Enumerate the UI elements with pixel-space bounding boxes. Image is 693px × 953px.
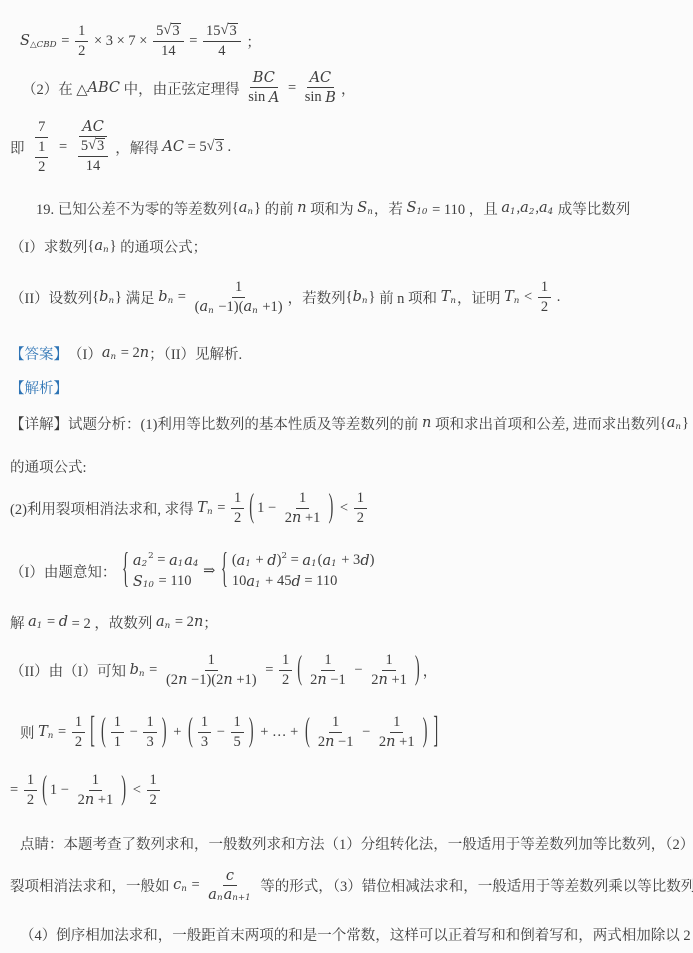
fraction: 12 xyxy=(279,652,292,689)
math-variable: c xyxy=(173,877,181,893)
math-subscript: 4 xyxy=(193,559,199,569)
text-run: + xyxy=(170,724,185,741)
fraction-numerator: 1 xyxy=(198,714,211,733)
text-run: } xyxy=(368,289,375,306)
left-paren-icon: ( xyxy=(101,712,106,751)
fraction-numerator: 1 xyxy=(232,279,245,298)
text-run: = 110 ，且 xyxy=(428,198,501,219)
fraction-numerator: AC xyxy=(307,70,335,88)
text-run: − xyxy=(358,724,373,741)
text-run: 19. 已知公差不为零的等差数列 xyxy=(36,198,232,219)
fraction-numerator: 5√3 xyxy=(153,23,183,42)
text-run: （II）由（I）可知 xyxy=(10,660,130,681)
right-paren-icon: ) xyxy=(121,770,126,809)
text-run: 5 xyxy=(234,734,241,751)
text-run: = xyxy=(186,33,201,50)
text-run: − xyxy=(213,724,228,741)
math-solution-document: S△CBD = 12 × 3 × 7 × 5√314 = 15√34 ；（2）在… xyxy=(0,0,693,953)
fraction-denominator: 5√314 xyxy=(73,137,113,175)
fraction-numerator: 1 xyxy=(231,490,244,509)
text-run: 解 xyxy=(10,612,28,633)
text-run: 1 xyxy=(114,734,121,751)
key-point-2: 裂项相消法求和，一般如 cn = canan+1 等的形式，（3）错位相减法求和… xyxy=(6,862,687,908)
fraction: 12n +1 xyxy=(376,714,418,751)
fraction-denominator: 2n −1 xyxy=(315,733,357,751)
fraction-denominator: 2 xyxy=(72,733,85,751)
math-subscript: n xyxy=(362,296,368,306)
text-run: 2 xyxy=(78,43,85,60)
math-variable: b xyxy=(130,662,139,678)
text-run: +1 xyxy=(396,734,415,751)
fraction-denominator: 2n +1 xyxy=(75,791,117,809)
math-variable: ABC xyxy=(88,80,121,96)
fraction-denominator: 14 xyxy=(158,42,179,60)
fraction: 12n +1 xyxy=(368,652,410,689)
fraction-denominator: 2n +1 xyxy=(368,671,410,689)
math-variable: n xyxy=(178,672,187,688)
radical-sign-icon: √ xyxy=(221,23,229,38)
fraction: 12 xyxy=(354,490,367,527)
math-variable: a xyxy=(133,553,142,569)
math-variable: S xyxy=(357,200,367,216)
math-variable: n xyxy=(223,672,232,688)
fraction: 12n +1 xyxy=(75,772,117,809)
text-run: ； xyxy=(243,31,261,52)
question-19-part1: （I）求数列{an} 的通项公式； xyxy=(6,234,687,258)
math-variable: c xyxy=(226,868,234,884)
math-subscript: n xyxy=(108,296,114,306)
right-paren-icon: ) xyxy=(249,712,254,751)
text-run: （I）由题意知： xyxy=(10,561,120,582)
text-run: 7 xyxy=(38,119,45,136)
right-paren-icon: ) xyxy=(162,712,167,751)
radical: √3 xyxy=(163,23,180,39)
math-subscript: 1 xyxy=(37,621,43,631)
text-run: （4）倒序相加法求和，一般距首末两项的和是一个常数，这样可以正着写和和倒着写和，… xyxy=(20,924,691,945)
text-run: ； xyxy=(203,612,218,633)
cases-rows: (a1 + d)2 = a1(a1 + 3d)10a1 + 45d = 110 xyxy=(232,552,375,590)
math-subscript: n xyxy=(514,296,520,306)
math-variable: d xyxy=(59,614,68,630)
math-variable: n xyxy=(386,734,395,750)
math-variable: a xyxy=(184,553,193,569)
text-run: 3 xyxy=(201,734,208,751)
fraction-denominator: 2 xyxy=(24,791,37,809)
math-variable: b xyxy=(353,289,362,305)
text-run: 裂项相消法求和，一般如 xyxy=(10,875,173,896)
text-run: = xyxy=(54,724,69,741)
fraction-denominator: 2n +1 xyxy=(376,733,418,751)
math-subscript: 10 xyxy=(416,207,427,217)
radical: √3 xyxy=(221,23,238,39)
math-subscript: 1 xyxy=(178,559,184,569)
text-run: 1 − xyxy=(50,782,73,799)
fraction-denominator: 2 xyxy=(147,791,160,809)
text-run: 14 xyxy=(161,43,176,60)
fraction: 13 xyxy=(198,714,211,751)
text-run: ， xyxy=(423,660,438,681)
text-run: 10 xyxy=(232,573,247,590)
text-run: } xyxy=(254,200,261,217)
fraction-numerator: 1 xyxy=(296,490,309,509)
math-variable: n xyxy=(297,200,306,216)
text-run: 2 xyxy=(357,510,364,527)
math-variable: a xyxy=(322,553,331,569)
text-run: 1 xyxy=(541,279,548,296)
text-run: −1)(2 xyxy=(187,672,223,689)
text-run: 1 − xyxy=(257,500,280,517)
math-variable: n xyxy=(85,792,94,808)
text-run: 1 xyxy=(282,652,289,669)
text-run: 1 xyxy=(385,652,392,669)
right-bracket-icon: ] xyxy=(433,710,438,753)
left-paren-icon: ( xyxy=(249,488,254,527)
equation-system: {a22 = a1a4S10 = 110 xyxy=(120,552,200,590)
fraction-numerator: 1 xyxy=(231,714,244,733)
text-run: −1 xyxy=(327,672,346,689)
fraction: 15√34 xyxy=(203,23,241,60)
text-run: 4 xyxy=(218,43,225,60)
math-variable: AC xyxy=(162,139,184,155)
math-variable: a xyxy=(156,614,165,630)
math-variable: a xyxy=(94,238,103,254)
text-run: 点睛：本题考查了数列求和，一般数列求和方法（1）分组转化法，一般适用于等差数列加… xyxy=(20,833,693,854)
math-subscript: n xyxy=(675,422,681,432)
text-run: 2 xyxy=(38,159,45,176)
math-subscript: n xyxy=(367,207,373,217)
math-variable: n xyxy=(292,510,301,526)
text-run: 1 xyxy=(114,714,121,731)
math-variable: a xyxy=(243,299,252,315)
solution-part1-system: （I）由题意知： {a22 = a1a4S10 = 110 ⇒ {(a1 + d… xyxy=(6,543,687,599)
detail-analysis-3: (2)利用裂项相消法求和, 求得 Tn = 12(1 − 12n +1) < 1… xyxy=(6,485,687,531)
text-run: 成等比数列 xyxy=(554,198,630,219)
text-run: 1 xyxy=(234,490,241,507)
text-run: 1 xyxy=(393,714,400,731)
math-subscript: n+1 xyxy=(232,893,250,903)
text-run: 等的形式，（3）错位相减法求和，一般适用于等差数列乘以等比数列， xyxy=(257,875,693,896)
math-variable: b xyxy=(99,289,108,305)
analysis-label: 【解析】 xyxy=(6,376,687,398)
fraction-denominator: sin B xyxy=(302,88,339,106)
math-subscript: n xyxy=(48,731,54,741)
math-variable: a xyxy=(239,200,248,216)
solution-part1-result: 解 a1 = d = 2 ，故数列 an = 2n； xyxy=(6,611,687,633)
fraction: 12 xyxy=(72,714,85,751)
cases-row: 10a1 + 45d = 110 xyxy=(232,573,338,590)
math-variable: a xyxy=(208,887,217,903)
math-subscript: n xyxy=(111,352,117,362)
fraction-numerator: 1 xyxy=(538,279,551,298)
text-run: 的通项公式: xyxy=(10,456,87,477)
math-subscript: n xyxy=(139,669,145,679)
left-paren-icon: ( xyxy=(297,650,302,689)
text-run: 的前 xyxy=(261,198,297,219)
text-run: = 110 xyxy=(301,573,338,590)
math-subscript: n xyxy=(247,207,253,217)
text-run: = xyxy=(287,552,302,569)
math-variable: a xyxy=(237,553,246,569)
fraction-denominator: 4 xyxy=(215,42,228,60)
math-subscript: 10 xyxy=(143,580,154,590)
math-variable: a xyxy=(246,574,255,590)
math-superscript: 2 xyxy=(148,551,154,561)
math-variable: AC xyxy=(310,70,332,86)
math-variable: T xyxy=(441,289,451,305)
math-variable: n xyxy=(140,345,149,361)
text-run: + 45 xyxy=(262,573,292,590)
text-run: 2 xyxy=(27,792,34,809)
question-19-stem: 19. 已知公差不为零的等差数列{an} 的前 n 项和为 Sn，若 S10 =… xyxy=(6,196,687,220)
text-run: 满足 xyxy=(122,287,158,308)
text-run: { xyxy=(660,415,667,432)
fraction-numerator: 1 xyxy=(89,772,102,791)
fraction-numerator: 1 xyxy=(35,139,48,158)
fraction: 15 xyxy=(231,714,244,751)
text-run: − xyxy=(351,662,366,679)
text-run: 2 xyxy=(285,510,292,527)
text-run: = xyxy=(214,500,229,517)
math-variable: T xyxy=(504,289,514,305)
text-run: 2 xyxy=(75,734,82,751)
text-run: × 3 × 7 × xyxy=(90,33,151,50)
text-run: { xyxy=(232,200,239,217)
fraction: BCsin A xyxy=(245,70,282,106)
text-run: = xyxy=(174,289,189,306)
math-variable: a xyxy=(169,553,178,569)
left-paren-icon: ( xyxy=(305,712,310,751)
fraction-numerator: AC xyxy=(79,119,107,137)
math-variable: T xyxy=(38,724,48,740)
radical-sign-icon: √ xyxy=(207,139,215,154)
fraction-denominator: 2n −1 xyxy=(307,671,349,689)
math-subscript: 1 xyxy=(510,207,516,217)
solution-part2-tn-result: = 12(1 − 12n +1) < 12 xyxy=(6,767,687,813)
fraction-numerator: 7 xyxy=(35,119,48,138)
fraction-numerator: 1 xyxy=(111,714,124,733)
text-run: 2 xyxy=(310,672,317,689)
math-variable: S xyxy=(133,574,143,590)
math-subscript: n xyxy=(181,884,187,894)
text-run: = xyxy=(55,139,70,156)
math-variable: n xyxy=(378,672,387,688)
text-run: 1 xyxy=(357,490,364,507)
radical: √3 xyxy=(207,139,224,155)
line-sine-rule: （2）在 △ABC 中，由正弦定理得 BCsin A = ACsin B， xyxy=(6,66,687,110)
text-run: 1 xyxy=(75,714,82,731)
text-run: −1 xyxy=(334,734,353,751)
text-run: = 2 xyxy=(171,614,194,631)
math-subscript: 2 xyxy=(529,207,535,217)
fraction-denominator: 14 xyxy=(83,157,104,175)
text-run: . xyxy=(553,289,560,306)
text-run: ；（II）见解析. xyxy=(149,343,242,364)
question-19-part2: （II）设数列{bn} 满足 bn = 1(an −1)(an +1)，若数列{… xyxy=(6,272,687,322)
text-run: + xyxy=(252,552,267,569)
fraction-denominator: sin A xyxy=(245,88,282,106)
fraction-denominator: 2 xyxy=(231,509,244,527)
text-run: 【详解】试题分析：(1)利用等比数列的基本性质及等差数列的前 xyxy=(10,413,422,434)
fraction: 12 xyxy=(35,139,48,176)
text-run: 1 xyxy=(235,279,242,296)
math-variable: a xyxy=(199,299,208,315)
text-run: 1 xyxy=(27,772,34,789)
text-run: } xyxy=(115,289,122,306)
text-run: 2 xyxy=(379,734,386,751)
text-run: sin xyxy=(305,89,326,106)
math-variable: S xyxy=(406,200,416,216)
text-run: = xyxy=(188,877,203,894)
fraction-numerator: 1 xyxy=(24,772,37,791)
fraction-numerator: 5√3 xyxy=(78,138,108,157)
fraction: 12 xyxy=(147,772,160,809)
text-run: +1 xyxy=(301,510,320,527)
text-run: } xyxy=(682,415,689,432)
text-run: 5 xyxy=(81,138,88,155)
radicand: 3 xyxy=(228,23,237,39)
fraction-numerator: 15√3 xyxy=(203,23,241,42)
fraction-denominator: 2 xyxy=(354,509,367,527)
fraction: 11 xyxy=(111,714,124,751)
math-variable: b xyxy=(158,289,167,305)
math-subscript: 2 xyxy=(142,559,148,569)
fraction: 12n −1 xyxy=(315,714,357,751)
math-subscript: n xyxy=(168,296,174,306)
text-run: = xyxy=(58,33,73,50)
math-variable: AC xyxy=(82,119,104,135)
text-run: (2)利用裂项相消法求和, 求得 xyxy=(10,498,197,519)
cases-brace-icon: { xyxy=(221,546,228,595)
fraction: 12n −1 xyxy=(307,652,349,689)
radical: √3 xyxy=(88,138,105,154)
text-run: 1 xyxy=(201,714,208,731)
text-run: < xyxy=(129,782,144,799)
text-run: +1) xyxy=(259,299,283,316)
text-run: 1 xyxy=(38,139,45,156)
fraction: AC5√314 xyxy=(73,119,113,175)
key-point-1: 点睛：本题考查了数列求和，一般数列求和方法（1）分组转化法，一般适用于等差数列加… xyxy=(6,833,687,854)
text-run: ，若数列 xyxy=(288,287,346,308)
text-run: 2 xyxy=(318,734,325,751)
math-variable: B xyxy=(325,90,336,106)
math-subscript: △CBD xyxy=(30,40,57,50)
right-paren-icon: ) xyxy=(328,488,333,527)
radical-sign-icon: √ xyxy=(163,23,171,38)
math-subscript: 1 xyxy=(245,559,251,569)
math-subscript: 1 xyxy=(311,559,317,569)
fraction-denominator: 2 xyxy=(75,42,88,60)
math-variable: n xyxy=(194,614,203,630)
radicand: 3 xyxy=(96,138,105,154)
math-subscript: n xyxy=(208,306,214,316)
cases-row: a22 = a1a4 xyxy=(133,552,200,569)
math-variable: A xyxy=(269,90,279,106)
math-variable: T xyxy=(197,500,207,516)
text-run: 1 xyxy=(299,490,306,507)
text-run: { xyxy=(92,289,99,306)
fraction: 12 xyxy=(538,279,551,316)
left-paren-icon: ( xyxy=(42,770,47,809)
fraction-denominator: 5 xyxy=(231,733,244,751)
answer-line: 【答案】（I）an = 2n；（II）见解析. xyxy=(6,342,687,364)
text-run: 2 xyxy=(541,299,548,316)
text-run: } xyxy=(110,238,117,255)
fraction-numerator: BC xyxy=(250,70,278,88)
text-run: { xyxy=(87,238,94,255)
left-paren-icon: ( xyxy=(188,712,193,751)
radical-sign-icon: √ xyxy=(88,138,96,153)
math-superscript: 2 xyxy=(281,551,287,561)
text-run: 1 xyxy=(234,714,241,731)
fraction-numerator: 1 xyxy=(147,772,160,791)
text-run: { xyxy=(346,289,353,306)
text-run: 1 xyxy=(146,714,153,731)
fraction: 5√314 xyxy=(153,23,183,60)
text-run: 项和为 xyxy=(307,198,358,219)
cases-row: (a1 + d)2 = a1(a1 + 3d) xyxy=(232,552,375,569)
text-run: = 2 ，故数列 xyxy=(68,612,156,633)
text-run: < xyxy=(520,289,535,306)
fraction-denominator: anan+1 xyxy=(205,886,254,903)
math-subscript: n xyxy=(450,296,456,306)
math-variable: a xyxy=(520,200,529,216)
math-variable: n xyxy=(422,415,431,431)
math-variable: a xyxy=(102,345,111,361)
math-variable: d xyxy=(360,553,369,569)
text-run: ，若 xyxy=(374,198,407,219)
text-run: 2 xyxy=(150,792,157,809)
text-run: ， xyxy=(341,78,356,99)
fraction-denominator: (an −1)(an +1) xyxy=(192,298,286,316)
cases-row: S10 = 110 xyxy=(133,573,192,590)
right-paren-icon: ) xyxy=(415,650,420,689)
text-run: 则 xyxy=(20,722,38,743)
text-run: 【答案】 xyxy=(10,343,68,364)
text-run: ，证明 xyxy=(457,287,504,308)
fraction-numerator: 1 xyxy=(390,714,403,733)
text-run: （II）设数列 xyxy=(10,287,92,308)
text-run: − xyxy=(126,724,141,741)
text-run: 【解析】 xyxy=(10,377,68,398)
fraction-denominator: 3 xyxy=(198,733,211,751)
text-run: 的通项公式； xyxy=(117,236,208,257)
fraction-denominator: 2n +1 xyxy=(282,509,324,527)
text-run: 1 xyxy=(78,23,85,40)
fraction-numerator: c xyxy=(223,868,237,886)
text-run: < xyxy=(336,500,351,517)
fraction: 12n +1 xyxy=(282,490,324,527)
fraction-denominator: 1 xyxy=(111,733,124,751)
math-variable: a xyxy=(539,200,548,216)
text-run: = 5 xyxy=(184,139,207,156)
text-run: （2）在 △ xyxy=(22,78,88,99)
fraction-numerator: 1 xyxy=(205,652,218,671)
text-run: 中，由正弦定理得 xyxy=(120,78,243,99)
fraction-numerator: 1 xyxy=(321,652,334,671)
fraction: 1(2n −1)(2n +1) xyxy=(163,652,260,689)
text-run: +1 xyxy=(94,792,113,809)
math-variable: d xyxy=(291,574,300,590)
math-subscript: n xyxy=(207,507,213,517)
text-run: （I） xyxy=(68,343,102,364)
fraction-numerator: 1 xyxy=(382,652,395,671)
text-run: = xyxy=(154,552,169,569)
fraction: 12 xyxy=(24,772,37,809)
fraction: 1(an −1)(an +1) xyxy=(192,279,286,316)
text-run: 2 xyxy=(371,672,378,689)
text-run: = 110 xyxy=(155,573,192,590)
math-subscript: n xyxy=(103,245,109,255)
